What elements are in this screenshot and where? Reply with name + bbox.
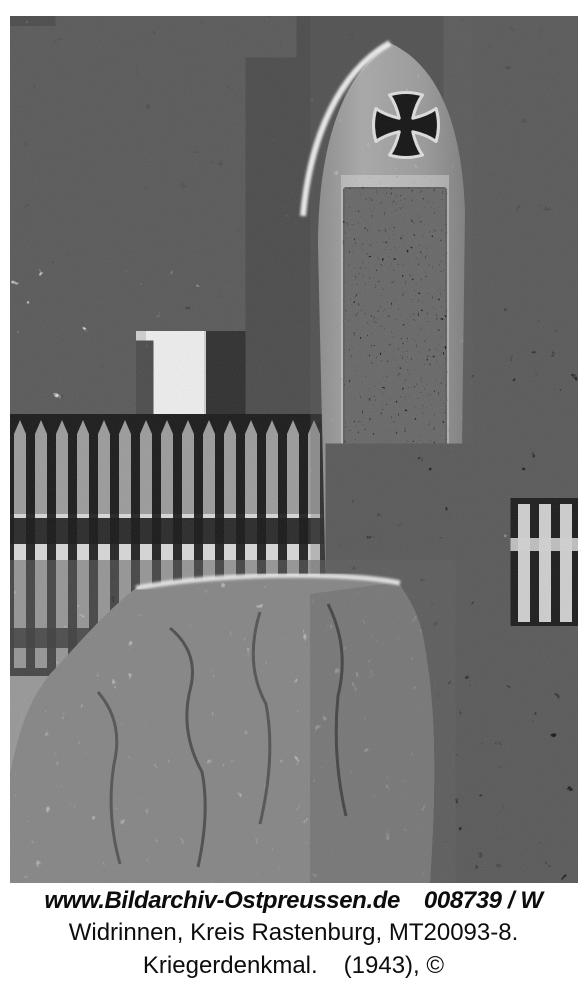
caption-location: Widrinnen, Kreis Rastenburg, MT20093-8.: [0, 916, 587, 949]
caption-archive-line: www.Bildarchiv-Ostpreussen.de008739 / W: [0, 885, 587, 916]
image-number: 008739 / W: [424, 887, 543, 914]
caption-year-copyright: (1943), ©: [344, 952, 444, 979]
caption: www.Bildarchiv-Ostpreussen.de008739 / W …: [0, 885, 587, 982]
caption-title-line: Kriegerdenkmal.(1943), ©: [0, 949, 587, 982]
memorial-photo: [10, 16, 578, 883]
memorial-photo-canvas: [10, 16, 578, 883]
grain-overlay-light: [10, 16, 578, 883]
caption-title: Kriegerdenkmal.: [143, 952, 318, 979]
archive-site-text: www.Bildarchiv-Ostpreussen.de: [44, 887, 400, 914]
